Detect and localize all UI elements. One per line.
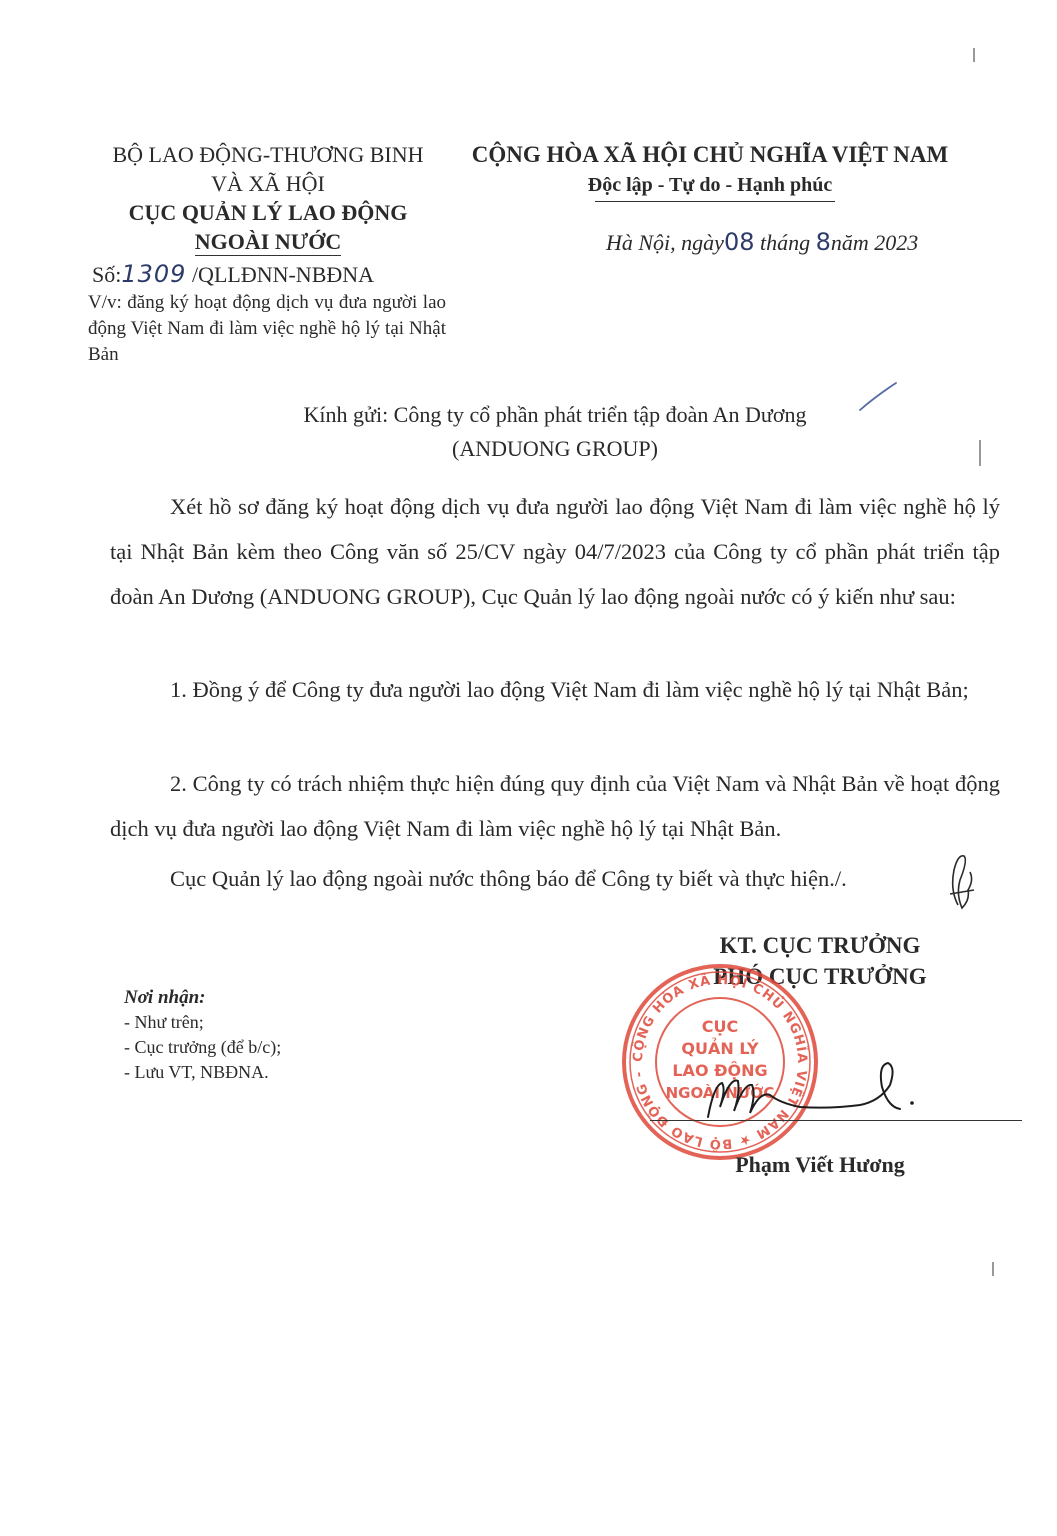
body-item-1: 1. Đồng ý để Công ty đưa người lao động … (110, 667, 1000, 712)
pen-check-mark-icon (856, 380, 900, 414)
date-year: năm 2023 (831, 230, 918, 255)
national-motto: Độc lập - Tự do - Hạnh phúc (460, 170, 960, 200)
motto-underline (595, 201, 835, 202)
document-number: Số:1309 /QLLĐNN-NBĐNA (92, 260, 374, 288)
stamp-center-1: CỤC (702, 1017, 738, 1036)
body-paragraph-intro: Xét hồ sơ đăng ký hoạt động dịch vụ đưa … (110, 484, 1000, 619)
scan-margin-mark (979, 440, 981, 466)
signer-name: Phạm Viết Hương (640, 1152, 1000, 1178)
country-name: CỘNG HÒA XÃ HỘI CHỦ NGHĨA VIỆT NAM (460, 140, 960, 170)
issuing-authority: BỘ LAO ĐỘNG-THƯƠNG BINH VÀ XÃ HỘI CỤC QU… (88, 140, 448, 256)
date-month-label: tháng (760, 230, 810, 255)
recipient-item: - Lưu VT, NBĐNA. (124, 1060, 281, 1085)
body-item-2: 2. Công ty có trách nhiệm thực hiện đúng… (110, 761, 1000, 851)
department-line-2: NGOÀI NƯỚC (88, 228, 448, 256)
recipients-list: Nơi nhận: - Như trên; - Cục trưởng (để b… (124, 985, 281, 1085)
national-header: CỘNG HÒA XÃ HỘI CHỦ NGHĨA VIỆT NAM Độc l… (460, 140, 960, 200)
scan-margin-mark (973, 48, 975, 62)
document-subject: V/v: đăng ký hoạt động dịch vụ đưa người… (88, 290, 446, 368)
ministry-line-1: BỘ LAO ĐỘNG-THƯƠNG BINH (88, 140, 448, 170)
ministry-line-2: VÀ XÃ HỘI (88, 170, 448, 198)
doc-number-suffix: /QLLĐNN-NBĐNA (192, 262, 374, 287)
signature-title-1: KT. CỤC TRƯỞNG (640, 930, 1000, 961)
date-month: 8 (816, 228, 831, 256)
recipients-title: Nơi nhận: (124, 985, 281, 1010)
recipient-line-2: (ANDUONG GROUP) (200, 432, 910, 466)
scan-margin-mark (992, 1262, 994, 1276)
date-day: 08 (724, 228, 755, 256)
doc-number-handwritten: 1309 (121, 260, 186, 288)
document-date: Hà Nội, ngày08 tháng 8năm 2023 (606, 228, 918, 256)
recipient-item: - Như trên; (124, 1010, 281, 1035)
signature-line (650, 1120, 1022, 1121)
handwritten-signature-icon (700, 1055, 940, 1125)
recipient-item: - Cục trưởng (để b/c); (124, 1035, 281, 1060)
initials-signature-icon (940, 850, 980, 912)
recipient-line-1: Kính gửi: Công ty cổ phần phát triển tập… (200, 398, 910, 432)
date-prefix: Hà Nội, ngày (606, 230, 724, 255)
body-closing: Cục Quản lý lao động ngoài nước thông bá… (110, 856, 1000, 901)
department-line-1: CỤC QUẢN LÝ LAO ĐỘNG (88, 198, 448, 228)
recipient-block: Kính gửi: Công ty cổ phần phát triển tập… (200, 398, 910, 466)
doc-number-prefix: Số: (92, 262, 121, 287)
